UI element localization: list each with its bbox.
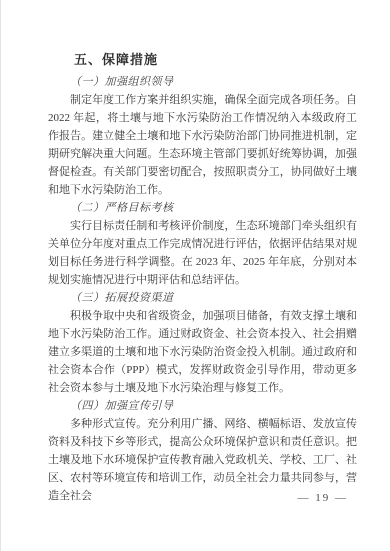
page-number: — 19 — xyxy=(298,492,349,504)
paragraph-1: 制定年度工作方案并组织实施，确保全面完成各项任务。自 2022 年起，将土壤与地… xyxy=(48,91,357,199)
paragraph-2: 实行目标责任制和考核评价制度，生态环境部门牵头组织有关单位分年度对重点工作完成情… xyxy=(48,217,357,289)
section-investment-channels: （三）拓展投资渠道 积极争取中央和省级资金，加强项目储备，有效支撑土壤和地下水污… xyxy=(48,289,357,397)
subsection-heading-1: （一）加强组织领导 xyxy=(48,73,357,91)
section-target-assessment: （二）严格目标考核 实行目标责任制和考核评价制度，生态环境部门牵头组织有关单位分… xyxy=(48,199,357,289)
section-publicity-guidance: （四）加强宣传引导 多种形式宣传。充分利用广播、网络、横幅标语、发放宣传资料及科… xyxy=(48,397,357,505)
chapter-heading: 五、保障措施 xyxy=(48,50,357,70)
document-page: 五、保障措施 （一）加强组织领导 制定年度工作方案并组织实施，确保全面完成各项任… xyxy=(0,0,390,551)
subsection-heading-2: （二）严格目标考核 xyxy=(48,199,357,217)
subsection-heading-4: （四）加强宣传引导 xyxy=(48,397,357,415)
subsection-heading-3: （三）拓展投资渠道 xyxy=(48,289,357,307)
section-organization-leadership: （一）加强组织领导 制定年度工作方案并组织实施，确保全面完成各项任务。自 202… xyxy=(48,73,357,199)
paragraph-3: 积极争取中央和省级资金，加强项目储备，有效支撑土壤和地下水污染防治工作。通过财政… xyxy=(48,307,357,397)
